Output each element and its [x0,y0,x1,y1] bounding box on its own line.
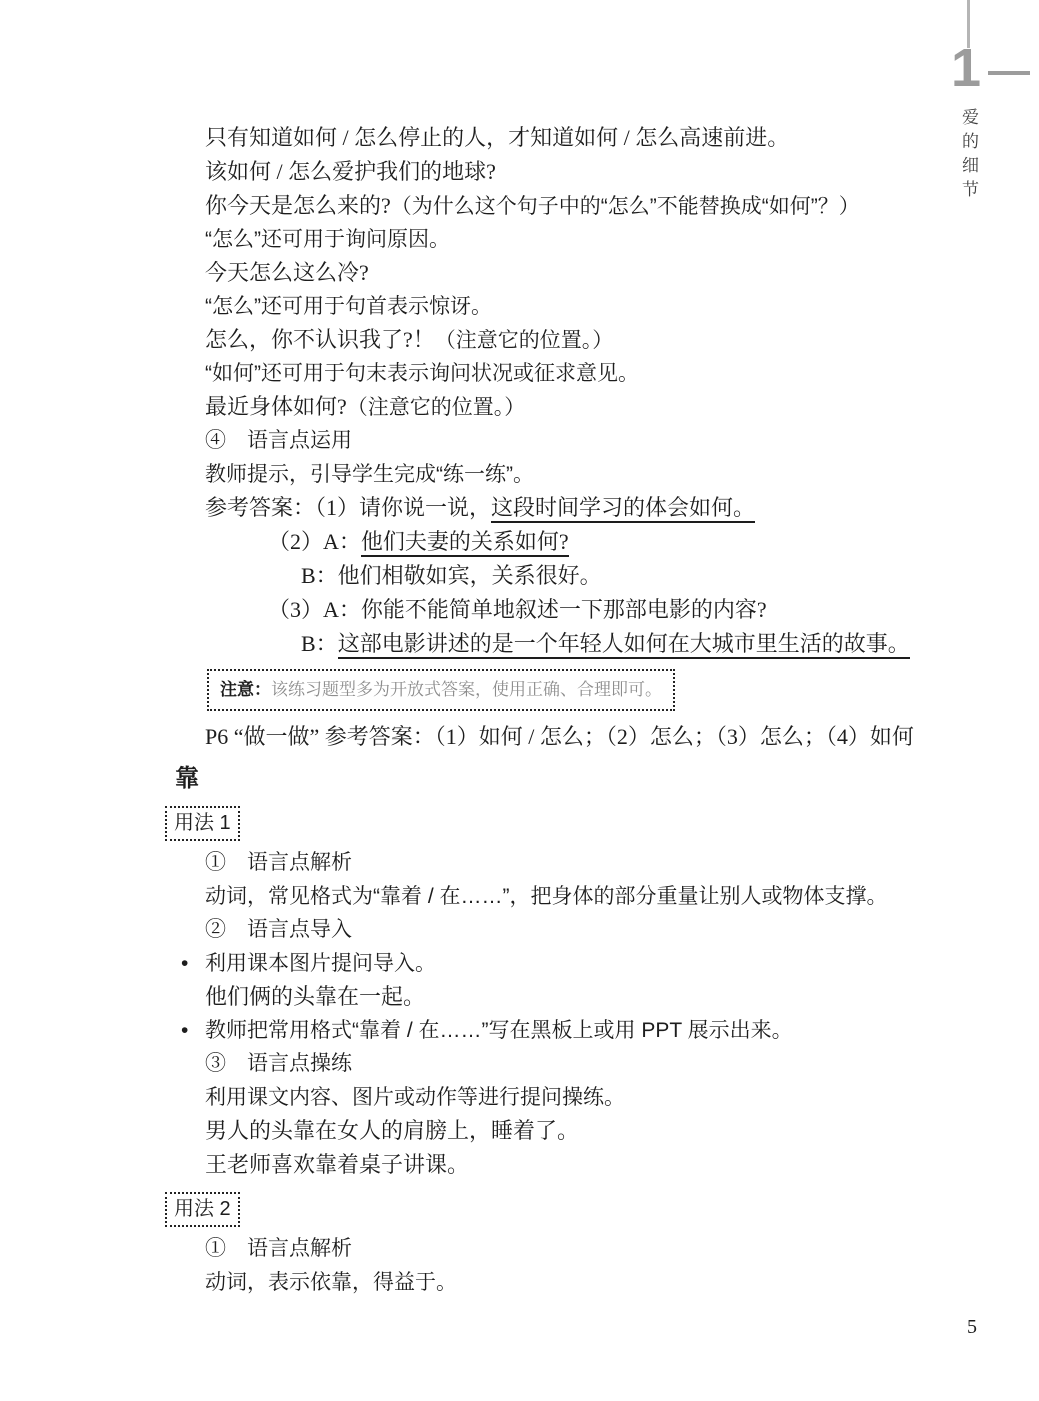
text-line: 他们俩的头靠在一起。 [205,983,1039,1012]
text-line: ④ 语言点运用 [205,427,1039,455]
text-segment: “怎么”还可用于询问原因。 [205,228,450,251]
usage-label: 用法 2 [174,1198,231,1220]
text-segment: 靠 [175,765,199,792]
text-segment: B：他们相敬如宾，关系很好。 [301,563,602,588]
bullet-icon: • [181,1017,188,1045]
text-line: ② 语言点导入 [205,916,1039,944]
text-segment: 利用课文内容、图片或动作等进行提问操练。 [205,1086,625,1109]
usage-label-box: 用法 1 [165,806,240,841]
text-line: “如何”还可用于句末表示询问状况或征求意见。 [205,360,1039,388]
section-heading: 靠 [175,764,1039,794]
text-segment: 你今天是怎么来的? [205,193,391,218]
text-segment: 教师提示，引导学生完成“练一练”。 [205,463,534,486]
book-page: 1 爱的细节 只有知道如何 / 怎么停止的人，才知道如何 / 怎么高速前进。该如… [0,0,1039,1401]
chapter-rule-horizontal [988,71,1030,75]
text-segment: 最近身体如何? [205,394,347,419]
text-segment: （注意它的位置。） [435,329,614,352]
text-segment: 参考答案：（1）请你说一说， [205,495,491,520]
text-line: P6 “做一做” 参考答案：（1）如何 / 怎么；（2）怎么；（3）怎么；（4）… [205,723,1039,752]
notice-label: 注意： [220,680,271,699]
text-segment: 只有知道如何 / 怎么停止的人，才知道如何 / 怎么高速前进。 [205,125,789,150]
text-segment: P6 “做一做” 参考答案：（1）如何 / 怎么；（2）怎么；（3）怎么；（4）… [205,724,914,749]
underlined-text: 这部电影讲述的是一个年轻人如何在大城市里生活的故事。 [338,631,910,659]
text-line: 只有知道如何 / 怎么停止的人，才知道如何 / 怎么高速前进。 [205,124,1039,153]
text-line: 该如何 / 怎么爱护我们的地球? [205,158,1039,187]
usage-label: 用法 1 [174,812,231,834]
usage-label-box: 用法 2 [165,1192,240,1227]
text-line: 男人的头靠在女人的肩膀上，睡着了。 [205,1117,1039,1146]
text-line: •利用课本图片提问导入。 [205,950,1039,978]
text-line: ③ 语言点操练 [205,1050,1039,1078]
underlined-text: 他们夫妻的关系如何? [361,529,569,557]
text-line: B：这部电影讲述的是一个年轻人如何在大城市里生活的故事。 [301,630,1039,659]
text-line: “怎么”还可用于句首表示惊讶。 [205,293,1039,321]
text-segment: 动词，常见格式为“靠着 / 在……”，把身体的部分重量让别人或物体支撑。 [205,885,888,908]
text-segment: 该如何 / 怎么爱护我们的地球? [205,159,496,184]
text-line: 今天怎么这么冷? [205,259,1039,288]
underlined-text: 这段时间学习的体会如何。 [491,495,755,523]
text-segment: （注意它的位置。） [347,396,526,419]
text-segment: 怎么，你不认识我了?！ [205,327,435,352]
text-line: B：他们相敬如宾，关系很好。 [301,562,1039,591]
text-segment: 今天怎么这么冷? [205,260,369,285]
text-line: ① 语言点解析 [205,1235,1039,1263]
text-segment: “怎么”还可用于句首表示惊讶。 [205,295,492,318]
text-line: 教师提示，引导学生完成“练一练”。 [205,461,1039,489]
chapter-number: 1 [948,42,984,94]
text-segment: ① 语言点解析 [205,851,352,874]
text-line: 王老师喜欢靠着桌子讲课。 [205,1151,1039,1180]
page-number: 5 [960,1316,984,1339]
text-segment: 动词，表示依靠，得益于。 [205,1271,457,1294]
text-segment: ① 语言点解析 [205,1237,352,1260]
page-content: 只有知道如何 / 怎么停止的人，才知道如何 / 怎么高速前进。该如何 / 怎么爱… [0,124,1039,1302]
text-segment: （为什么这个句子中的“怎么”不能替换成“如何”？） [391,195,860,218]
text-line: 动词，常见格式为“靠着 / 在……”，把身体的部分重量让别人或物体支撑。 [205,883,1039,911]
text-line: 怎么，你不认识我了?！（注意它的位置。） [205,326,1039,355]
bullet-icon: • [181,950,188,978]
text-segment: 教师把常用格式“靠着 / 在……”写在黑板上或用 PPT 展示出来。 [205,1019,793,1042]
text-line: ① 语言点解析 [205,849,1039,877]
text-segment: ③ 语言点操练 [205,1052,352,1075]
text-segment: 男人的头靠在女人的肩膀上，睡着了。 [205,1118,579,1143]
text-segment: B： [301,631,338,656]
text-line: 参考答案：（1）请你说一说，这段时间学习的体会如何。 [205,494,1039,523]
text-segment: 王老师喜欢靠着桌子讲课。 [205,1152,469,1177]
text-line: “怎么”还可用于询问原因。 [205,226,1039,254]
text-line: 动词，表示依靠，得益于。 [205,1269,1039,1297]
text-line: 最近身体如何?（注意它的位置。） [205,393,1039,422]
text-line: （2）A：他们夫妻的关系如何? [268,528,1039,557]
text-segment: （2）A： [268,529,361,554]
text-segment: （3）A：你能不能简单地叙述一下那部电影的内容? [268,597,767,622]
text-segment: ④ 语言点运用 [205,429,352,452]
text-segment: “如何”还可用于句末表示询问状况或征求意见。 [205,362,639,385]
text-line: 利用课文内容、图片或动作等进行提问操练。 [205,1084,1039,1112]
text-line: 你今天是怎么来的?（为什么这个句子中的“怎么”不能替换成“如何”？） [205,192,1039,221]
text-segment: 他们俩的头靠在一起。 [205,984,425,1009]
notice-text: 该练习题型多为开放式答案，使用正确、合理即可。 [271,680,662,699]
text-line: •教师把常用格式“靠着 / 在……”写在黑板上或用 PPT 展示出来。 [205,1017,1039,1045]
notice-box: 注意：该练习题型多为开放式答案，使用正确、合理即可。 [207,669,675,711]
text-line: （3）A：你能不能简单地叙述一下那部电影的内容? [268,596,1039,625]
text-segment: ② 语言点导入 [205,918,352,941]
text-segment: 利用课本图片提问导入。 [205,952,436,975]
